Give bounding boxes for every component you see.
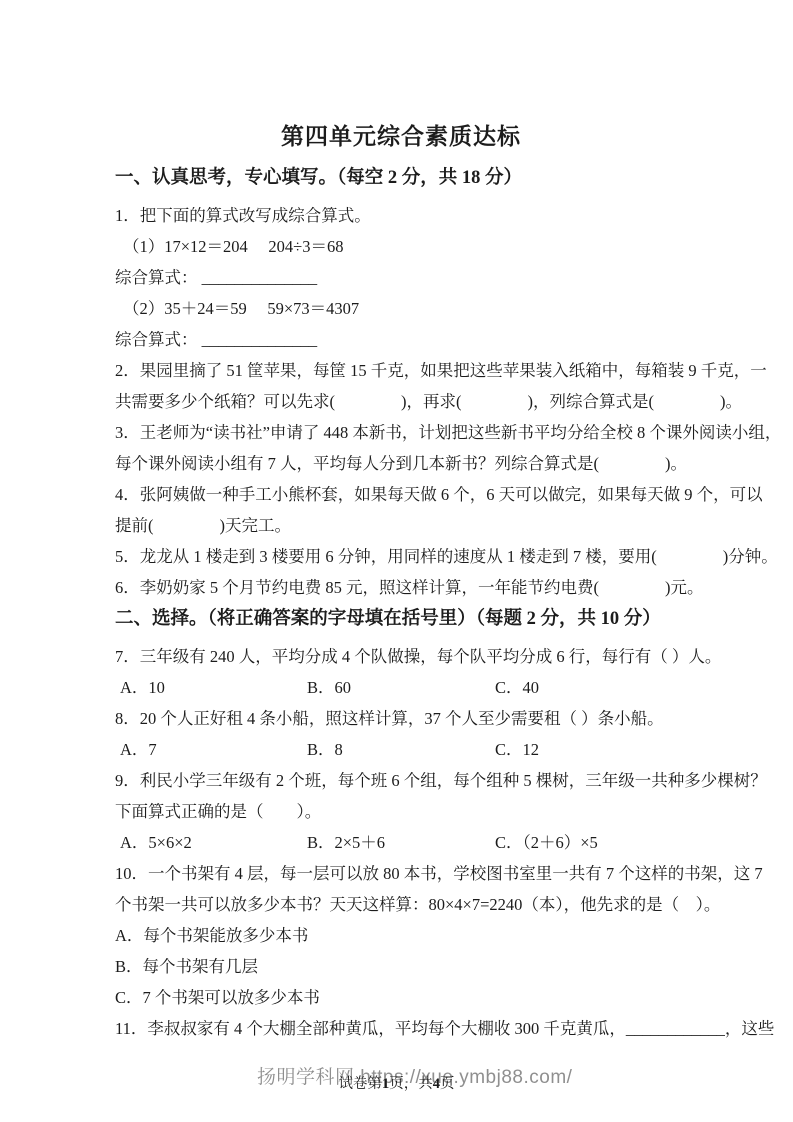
- question-3-line1: 3．王老师为“读书社”申请了 448 本新书，计划把这些新书平均分给全校 8 个…: [115, 417, 687, 448]
- question-9-option-c: C．（2＋6）×5: [495, 827, 598, 858]
- question-2-line1: 2．果园里摘了 51 筐苹果，每筐 15 千克，如果把这些苹果装入纸箱中，每箱装…: [115, 355, 687, 386]
- question-7-option-a: A．10: [120, 672, 307, 703]
- question-7-options: A．10 B．60 C．40: [115, 672, 687, 703]
- question-8-option-a: A．7: [120, 734, 307, 765]
- question-4-line1: 4．张阿姨做一种手工小熊杯套，如果每天做 6 个，6 天可以做完，如果每天做 9…: [115, 479, 687, 510]
- page-number-footer: 试卷第1页，共4页: [0, 1072, 793, 1093]
- question-7-option-b: B．60: [307, 672, 495, 703]
- question-10-line2: 个书架一共可以放多少本书？天天这样算：80×4×7=2240（本），他先求的是（…: [115, 889, 687, 920]
- question-10-option-c: C．7 个书架可以放多少本书: [115, 982, 687, 1013]
- question-9-line2: 下面算式正确的是（ ）。: [115, 796, 687, 827]
- page-number-total: 4: [433, 1076, 440, 1092]
- exam-paper-page: 第四单元综合素质达标 一、认真思考，专心填写。（每空 2 分，共 18 分） 1…: [0, 0, 793, 1122]
- question-1-part2-answer-blank: 综合算式： ______________: [115, 324, 687, 355]
- question-7-option-c: C．40: [495, 672, 539, 703]
- section-two-heading: 二、选择。（将正确答案的字母填在括号里）（每题 2 分，共 10 分）: [115, 603, 687, 641]
- question-10-option-a: A．每个书架能放多少本书: [115, 920, 687, 951]
- page-number-mid: 页，共: [389, 1076, 433, 1092]
- question-4-line2: 提前( )天完工。: [115, 510, 687, 541]
- question-7-stem: 7．三年级有 240 人，平均分成 4 个队做操，每个队平均分成 6 行，每行有…: [115, 641, 687, 672]
- exam-content: 第四单元综合素质达标 一、认真思考，专心填写。（每空 2 分，共 18 分） 1…: [115, 116, 687, 1044]
- question-9-line1: 9．利民小学三年级有 2 个班，每个班 6 个组，每个组种 5 棵树，三年级一共…: [115, 765, 687, 796]
- question-1-stem: 1．把下面的算式改写成综合算式。: [115, 200, 687, 231]
- question-1-part2: （2）35＋24＝59 59×73＝4307: [115, 293, 687, 324]
- question-8-option-b: B．8: [307, 734, 495, 765]
- page-title: 第四单元综合素质达标: [115, 116, 687, 162]
- question-9-option-a: A．5×6×2: [120, 827, 307, 858]
- question-10-line1: 10．一个书架有 4 层，每一层可以放 80 本书，学校图书室里一共有 7 个这…: [115, 858, 687, 889]
- question-8-option-c: C．12: [495, 734, 539, 765]
- page-number-suffix: 页: [440, 1076, 455, 1092]
- question-8-stem: 8．20 个人正好租 4 条小船，照这样计算，37 个人至少需要租（ ）条小船。: [115, 703, 687, 734]
- question-10-option-b: B．每个书架有几层: [115, 951, 687, 982]
- question-6: 6．李奶奶家 5 个月节约电费 85 元，照这样计算，一年能节约电费( )元。: [115, 572, 687, 603]
- question-2-line2: 共需要多少个纸箱？可以先求( )，再求( )，列综合算式是( )。: [115, 386, 687, 417]
- question-8-options: A．7 B．8 C．12: [115, 734, 687, 765]
- question-1-part1-answer-blank: 综合算式： ______________: [115, 262, 687, 293]
- page-number-prefix: 试卷第: [339, 1076, 383, 1092]
- question-1-part1: （1）17×12＝204 204÷3＝68: [115, 231, 687, 262]
- question-3-line2: 每个课外阅读小组有 7 人，平均每人分到几本新书？列综合算式是( )。: [115, 448, 687, 479]
- question-5: 5．龙龙从 1 楼走到 3 楼要用 6 分钟，用同样的速度从 1 楼走到 7 楼…: [115, 541, 687, 572]
- question-9-options: A．5×6×2 B．2×5＋6 C．（2＋6）×5: [115, 827, 687, 858]
- question-9-option-b: B．2×5＋6: [307, 827, 495, 858]
- section-one-heading: 一、认真思考，专心填写。（每空 2 分，共 18 分）: [115, 162, 687, 200]
- question-11-line1: 11．李叔叔家有 4 个大棚全部种黄瓜，平均每个大棚收 300 千克黄瓜，___…: [115, 1013, 687, 1044]
